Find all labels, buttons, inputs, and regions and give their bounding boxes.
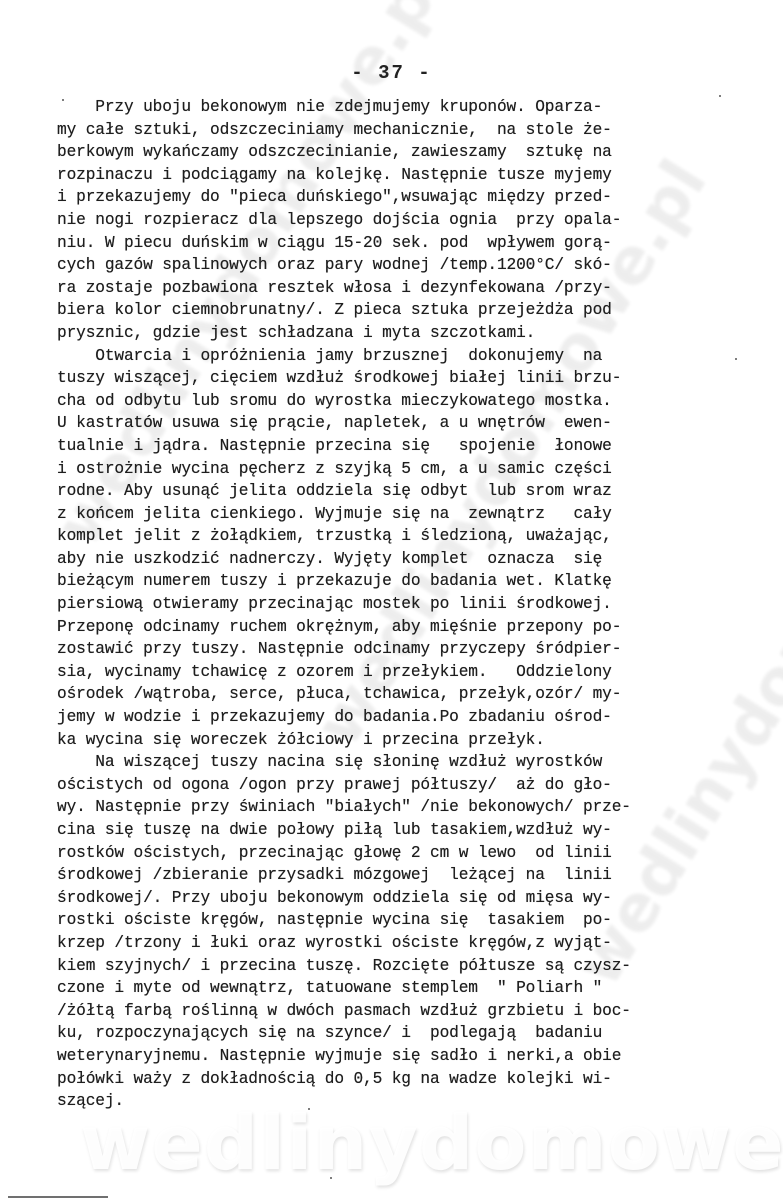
text-line: Otwarcia i opróżnienia jamy brzusznej do… <box>57 345 717 368</box>
text-line: komplet jelit z żołądkiem, trzustką i śl… <box>57 525 717 548</box>
text-line: rostki ościste kręgów, następnie wycina … <box>57 909 717 932</box>
text-line: zostawić przy tuszy. Następnie odcinamy … <box>57 638 717 661</box>
scanned-page: wedlinydomowe.pl wedlinydomowe.pl wedlin… <box>0 0 783 1200</box>
text-line: środkowej/. Przy uboju bekonowym oddziel… <box>57 887 717 910</box>
text-line: i przekazujemy do "pieca duńskiego",wsuw… <box>57 186 717 209</box>
text-line: weterynaryjnemu. Następnie wyjmuje się s… <box>57 1045 717 1068</box>
text-line: Przy uboju bekonowym nie zdejmujemy krup… <box>57 96 717 119</box>
scan-speck <box>719 95 721 97</box>
text-line: połówki waży z dokładnością do 0,5 kg na… <box>57 1068 717 1091</box>
text-line: sia, wycinamy tchawicę z ozorem i przeły… <box>57 661 717 684</box>
scan-speck <box>62 99 64 101</box>
text-line: cych gazów spalinowych oraz pary wodnej … <box>57 254 717 277</box>
text-line: wy. Następnie przy świniach "białych" /n… <box>57 796 717 819</box>
text-line: piersiową otwieramy przecinając mostek p… <box>57 593 717 616</box>
watermark-bottom: wedlinydomowe.pl <box>80 1098 720 1187</box>
text-line: berkowym wykańczamy odszczecinianie, zaw… <box>57 141 717 164</box>
body-text: Przy uboju bekonowym nie zdejmujemy krup… <box>57 96 717 1113</box>
scan-speck <box>308 1108 310 1110</box>
scan-edge-mark <box>8 1196 108 1198</box>
text-line: tuszy wiszącej, cięciem wzdłuż środkowej… <box>57 367 717 390</box>
text-line: czone i myte od wewnątrz, tatuowane stem… <box>57 977 717 1000</box>
text-line: cina się tuszę na dwie połowy piłą lub t… <box>57 819 717 842</box>
text-line: z końcem jelita cienkiego. Wyjmuje się n… <box>57 503 717 526</box>
text-line: U kastratów usuwa się prącie, napletek, … <box>57 412 717 435</box>
text-line: ośrodek /wątroba, serce, płuca, tchawica… <box>57 683 717 706</box>
text-line: i ostrożnie wycina pęcherz z szyjką 5 cm… <box>57 458 717 481</box>
text-line: biera kolor ciemnobrunatny/. Z pieca szt… <box>57 299 717 322</box>
text-line: rodne. Aby usunąć jelita oddziela się od… <box>57 480 717 503</box>
text-line: ka wycina się woreczek żółciowy i przeci… <box>57 729 717 752</box>
text-line: kiem szyjnych/ i przecina tuszę. Rozcięt… <box>57 955 717 978</box>
text-line: prysznic, gdzie jest schładzana i myta s… <box>57 322 717 345</box>
text-line: rozpinaczu i podciągamy na kolejkę. Nast… <box>57 164 717 187</box>
scan-speck <box>330 1177 332 1179</box>
text-line: /żółtą farbą roślinną w dwóch pasmach wz… <box>57 1000 717 1023</box>
text-line: Przeponę odcinamy ruchem okrężnym, aby m… <box>57 616 717 639</box>
text-line: ościstych od ogona /ogon przy prawej pół… <box>57 774 717 797</box>
page-number: - 37 - <box>0 62 783 84</box>
text-line: niu. W piecu duńskim w ciągu 15-20 sek. … <box>57 232 717 255</box>
text-line: Na wiszącej tuszy nacina się słoninę wzd… <box>57 751 717 774</box>
text-line: krzep /trzony i łuki oraz wyrostki ościs… <box>57 932 717 955</box>
text-line: rostków ościstych, przecinając głowę 2 c… <box>57 842 717 865</box>
text-line: środkowej /zbieranie przysadki mózgowej … <box>57 864 717 887</box>
text-line: jemy w wodzie i przekazujemy do badania.… <box>57 706 717 729</box>
text-line: cha od odbytu lub sromu do wyrostka miec… <box>57 390 717 413</box>
text-line: aby nie uszkodzić nadnerczy. Wyjęty komp… <box>57 548 717 571</box>
text-line: nie nogi rozpieracz dla lepszego dojścia… <box>57 209 717 232</box>
scan-speck <box>735 358 737 360</box>
text-line: bieżącym numerem tuszy i przekazuje do b… <box>57 570 717 593</box>
text-line: ra zostaje pozbawiona resztek włosa i de… <box>57 277 717 300</box>
text-line: ku, rozpoczynających się na szynce/ i po… <box>57 1022 717 1045</box>
text-line: tualnie i jądra. Następnie przecina się … <box>57 435 717 458</box>
text-line: my całe sztuki, odszczeciniamy mechanicz… <box>57 119 717 142</box>
